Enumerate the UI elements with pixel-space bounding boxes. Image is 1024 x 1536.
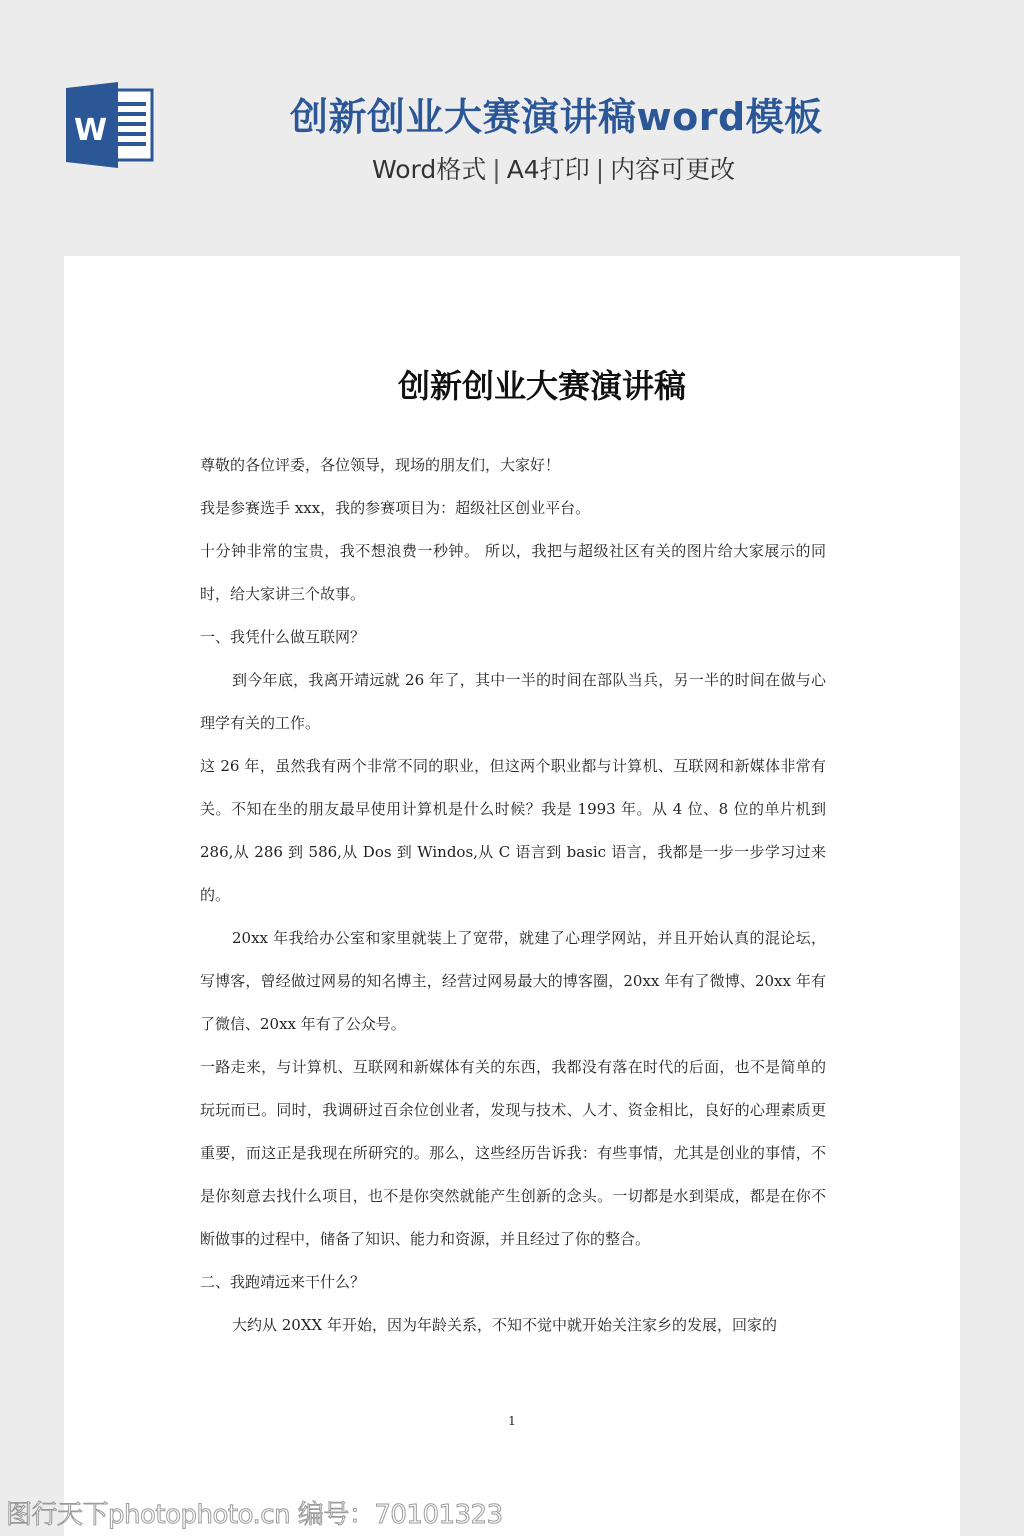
separator: | — [596, 155, 604, 184]
banner-title: 创新创业大赛演讲稿word模板 — [290, 92, 830, 142]
paragraph: 这 26 年，虽然我有两个非常不同的职业，但这两个职业都与计算机、互联网和新媒体… — [200, 745, 826, 917]
word-icon: W — [64, 80, 156, 170]
format-label: Word格式 — [372, 155, 486, 184]
page-number: 1 — [64, 1414, 960, 1428]
banner-subtitle: Word格式|A4打印|内容可更改 — [372, 152, 735, 188]
watermark: 图行天下photophoto.cn 编号：70101323 — [6, 1494, 503, 1531]
paragraph: 我是参赛选手 xxx，我的参赛项目为：超级社区创业平台。 — [200, 487, 826, 530]
document-page: 创新创业大赛演讲稿 尊敬的各位评委，各位领导，现场的朋友们，大家好！ 我是参赛选… — [64, 256, 960, 1536]
paragraph: 十分钟非常的宝贵，我不想浪费一秒钟。 所以，我把与超级社区有关的图片给大家展示的… — [200, 530, 826, 616]
print-label: A4打印 — [507, 155, 590, 184]
template-banner: W 创新创业大赛演讲稿word模板 Word格式|A4打印|内容可更改 — [0, 0, 1024, 256]
paragraph: 尊敬的各位评委，各位领导，现场的朋友们，大家好！ — [200, 444, 826, 487]
paragraph: 一路走来，与计算机、互联网和新媒体有关的东西，我都没有落在时代的后面，也不是简单… — [200, 1046, 826, 1261]
paragraph: 大约从 20XX 年开始，因为年龄关系，不知不觉中就开始关注家乡的发展，回家的 — [200, 1304, 826, 1347]
paragraph: 到今年底，我离开靖远就 26 年了，其中一半的时间在部队当兵，另一半的时间在做与… — [200, 659, 826, 745]
document-body: 尊敬的各位评委，各位领导，现场的朋友们，大家好！ 我是参赛选手 xxx，我的参赛… — [200, 444, 826, 1347]
separator: | — [492, 155, 500, 184]
word-logo-letter: W — [74, 113, 107, 148]
section-heading-1: 一、我凭什么做互联网？ — [200, 616, 826, 659]
editable-label: 内容可更改 — [610, 155, 735, 184]
paragraph: 20xx 年我给办公室和家里就装上了宽带，就建了心理学网站，并且开始认真的混论坛… — [200, 917, 826, 1046]
section-heading-2: 二、我跑靖远来干什么？ — [200, 1261, 826, 1304]
document-title: 创新创业大赛演讲稿 — [64, 364, 1020, 408]
